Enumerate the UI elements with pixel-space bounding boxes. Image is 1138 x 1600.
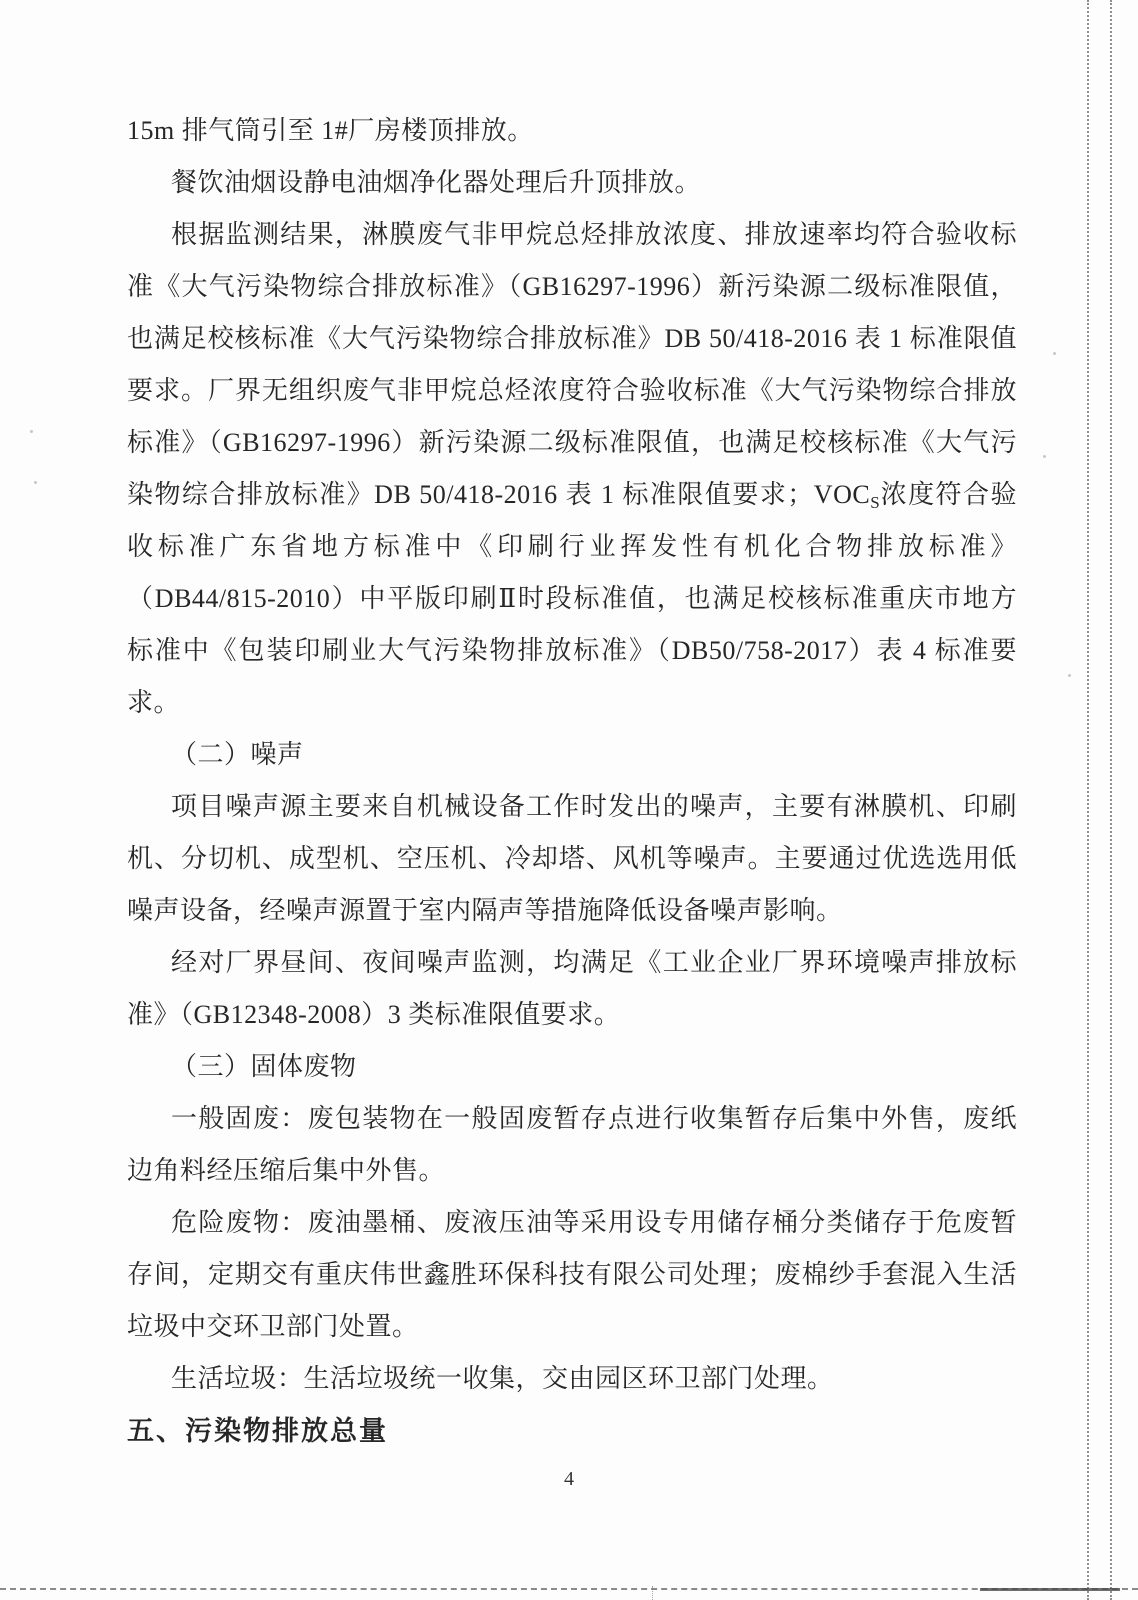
text-line: 项目噪声源主要来自机械设备工作时发出的噪声，主要有淋膜机、印刷: [127, 781, 1017, 833]
text-line: 也满足校核标准《大气污染物综合排放标准》DB 50/418-2016 表 1 标…: [127, 313, 1017, 365]
text-line: 求。: [127, 677, 1017, 729]
text-line: 收标准广东省地方标准中《印刷行业挥发性有机化合物排放标准》: [127, 521, 1017, 573]
text-line: 15m 排气筒引至 1#厂房楼顶排放。: [127, 105, 1017, 157]
text-block: 15m 排气筒引至 1#厂房楼顶排放。 餐饮油烟设静电油烟净化器处理后升顶排放。…: [127, 105, 1017, 1457]
text-line: 标准中《包装印刷业大气污染物排放标准》（DB50/758-2017）表 4 标准…: [127, 625, 1017, 677]
text-line: 噪声设备，经噪声源置于室内隔声等措施降低设备噪声影响。: [127, 885, 1017, 937]
text-segment: 染物综合排放标准》DB 50/418-2016 表 1 标准限值要求；VOC: [127, 480, 870, 509]
document-page: 15m 排气筒引至 1#厂房楼顶排放。 餐饮油烟设静电油烟净化器处理后升顶排放。…: [0, 0, 1138, 1600]
text-line: 生活垃圾：生活垃圾统一收集，交由园区环卫部门处理。: [127, 1353, 1017, 1405]
text-line: 一般固废：废包装物在一般固废暂存点进行收集暂存后集中外售，废纸: [127, 1093, 1017, 1145]
text-line: 边角料经压缩后集中外售。: [127, 1145, 1017, 1197]
text-segment: 浓度符合验: [880, 480, 1017, 509]
scan-speck: [34, 481, 37, 484]
text-line: 准》（GB12348-2008）3 类标准限值要求。: [127, 989, 1017, 1041]
scan-bottom-line-dark-segment: [980, 1588, 1120, 1591]
scan-edge-line-inner: [1087, 0, 1089, 1600]
text-line: 机、分切机、成型机、空压机、冷却塔、风机等噪声。主要通过优选选用低: [127, 833, 1017, 885]
scan-bottom-line: [0, 1588, 1138, 1590]
section-heading-solid-waste: （三）固体废物: [127, 1041, 1017, 1093]
text-line: （DB44/815-2010）中平版印刷Ⅱ时段标准值，也满足校核标准重庆市地方: [127, 573, 1017, 625]
text-line: 准《大气污染物综合排放标准》（GB16297-1996）新污染源二级标准限值，: [127, 261, 1017, 313]
page-number: 4: [0, 1468, 1138, 1491]
scan-speck: [30, 430, 33, 433]
text-line: 餐饮油烟设静电油烟净化器处理后升顶排放。: [127, 157, 1017, 209]
text-line: 根据监测结果，淋膜废气非甲烷总烃排放浓度、排放速率均符合验收标: [127, 209, 1017, 261]
scan-bottom-tick: [652, 1586, 653, 1600]
scan-speck: [1043, 455, 1046, 458]
text-line: 垃圾中交环卫部门处置。: [127, 1301, 1017, 1353]
vocs-subscript: S: [870, 493, 879, 512]
text-line: 存间，定期交有重庆伟世鑫胜环保科技有限公司处理；废棉纱手套混入生活: [127, 1249, 1017, 1301]
scan-speck: [1068, 674, 1071, 677]
text-line: 危险废物：废油墨桶、废液压油等采用设专用储存桶分类储存于危废暂: [127, 1197, 1017, 1249]
text-line-vocs: 染物综合排放标准》DB 50/418-2016 表 1 标准限值要求；VOCS浓…: [127, 469, 1017, 521]
scan-edge-line-outer: [1110, 0, 1112, 1600]
text-line: 经对厂界昼间、夜间噪声监测，均满足《工业企业厂界环境噪声排放标: [127, 937, 1017, 989]
section-heading-noise: （二）噪声: [127, 729, 1017, 781]
text-line: 要求。厂界无组织废气非甲烷总烃浓度符合验收标准《大气污染物综合排放: [127, 365, 1017, 417]
text-line: 标准》（GB16297-1996）新污染源二级标准限值，也满足校核标准《大气污: [127, 417, 1017, 469]
section-heading-total-emissions: 五、污染物排放总量: [127, 1405, 1017, 1457]
scan-speck: [1053, 352, 1056, 355]
